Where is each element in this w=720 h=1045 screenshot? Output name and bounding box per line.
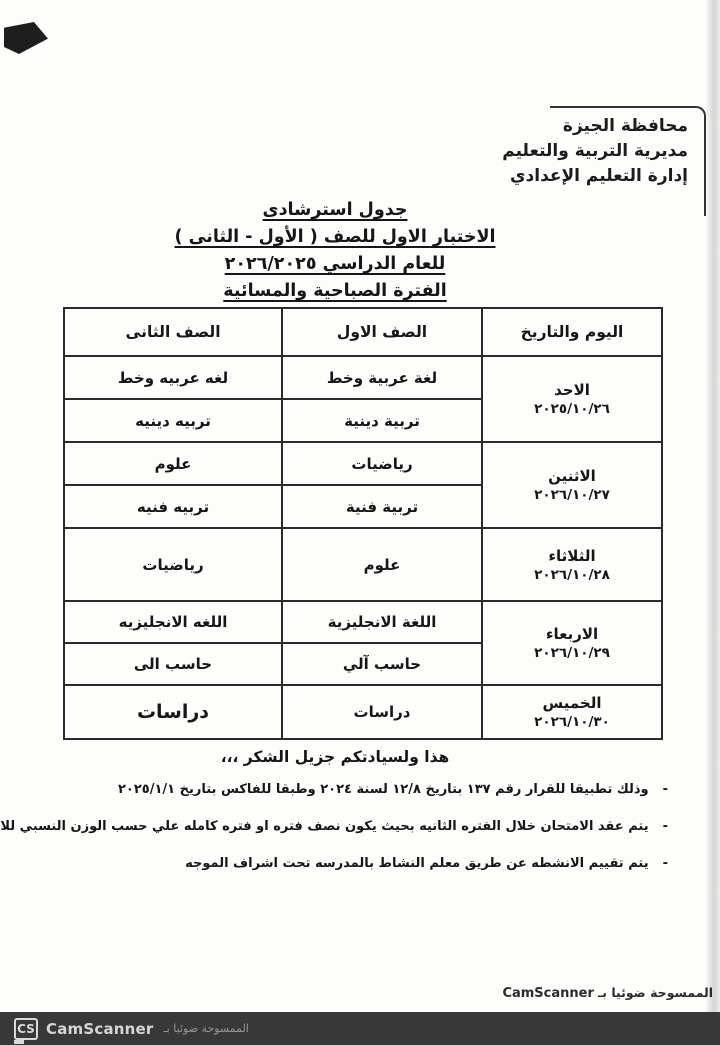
subject-cell: دراسات — [282, 685, 482, 739]
table-row: الخميس ٢٠٢٦/١٠/٣٠ دراسات دراسات — [64, 685, 662, 739]
table-row: الاحد ٢٠٢٥/١٠/٢٦ لغة عربية وخط لغه عربيه… — [64, 356, 662, 399]
camscanner-arabic-text: الممسوحة ضوئيا بـ — [164, 1022, 249, 1035]
table-row: الاربعاء ٢٠٢٦/١٠/٢٩ اللغة الانجليزية الل… — [64, 601, 662, 643]
document-title: جدول استرشادى الاختبار الاول للصف ( الأو… — [100, 197, 570, 305]
scan-ink-artifact — [4, 22, 48, 54]
subject-cell: حاسب الى — [64, 643, 282, 685]
note-decision: -وذلك تطبيقا للقرار رقم ١٣٧ بتاريخ ١٢/٨ … — [68, 780, 668, 799]
day-cell-thursday: الخميس ٢٠٢٦/١٠/٣٠ — [482, 685, 662, 739]
title-line-year: للعام الدراسي ٢٠٢٦/٢٠٢٥ — [100, 251, 570, 278]
page-edge-shadow — [705, 0, 720, 1012]
table-row: الاثنين ٢٠٢٦/١٠/٢٧ رياضيات علوم — [64, 442, 662, 485]
title-line-exam: الاختبار الاول للصف ( الأول - الثانى ) — [100, 224, 570, 251]
dash-bullet: - — [663, 854, 668, 873]
camscanner-footer-bar: CS CamScanner الممسوحة ضوئيا بـ — [0, 1012, 720, 1045]
subject-cell: حاسب آلي — [282, 643, 482, 685]
subject-cell: اللغه الانجليزيه — [64, 601, 282, 643]
note-activities: -يتم تقييم الانشطه عن طريق معلم النشاط ب… — [68, 854, 668, 873]
camscanner-logo-icon: CS — [14, 1018, 38, 1040]
subject-cell: تربية دينية — [282, 399, 482, 442]
organization-header: محافظة الجيزة مديرية التربية والتعليم إد… — [502, 114, 688, 189]
subject-cell: تربيه فنيه — [64, 485, 282, 528]
org-line-governorate: محافظة الجيزة — [502, 114, 688, 139]
org-line-directorate: مديرية التربية والتعليم — [502, 139, 688, 164]
note-exam-period: -يتم عقد الامتحان خلال الفتره الثانيه بح… — [68, 817, 668, 836]
camscanner-watermark-line: الممسوحة ضوئيا بـ CamScanner — [502, 985, 713, 1001]
subject-cell: تربيه دينيه — [64, 399, 282, 442]
day-cell-wednesday: الاربعاء ٢٠٢٦/١٠/٢٩ — [482, 601, 662, 685]
scanned-document-page: محافظة الجيزة مديرية التربية والتعليم إد… — [0, 0, 720, 1045]
column-header-grade1: الصف الاول — [282, 308, 482, 356]
table-header-row: اليوم والتاريخ الصف الاول الصف الثانى — [64, 308, 662, 356]
subject-cell: لغة عربية وخط — [282, 356, 482, 399]
thanks-line: هذا ولسيادتكم جزيل الشكر ،،، — [100, 748, 570, 766]
subject-cell: رياضيات — [64, 528, 282, 601]
subject-cell: لغه عربيه وخط — [64, 356, 282, 399]
column-header-grade2: الصف الثانى — [64, 308, 282, 356]
subject-cell: علوم — [64, 442, 282, 485]
day-cell-monday: الاثنين ٢٠٢٦/١٠/٢٧ — [482, 442, 662, 528]
subject-cell: تربية فنية — [282, 485, 482, 528]
subject-cell: علوم — [282, 528, 482, 601]
subject-cell: دراسات — [64, 685, 282, 739]
column-header-day-date: اليوم والتاريخ — [482, 308, 662, 356]
day-cell-sunday: الاحد ٢٠٢٥/١٠/٢٦ — [482, 356, 662, 442]
subject-cell: اللغة الانجليزية — [282, 601, 482, 643]
subject-cell: رياضيات — [282, 442, 482, 485]
dash-bullet: - — [663, 817, 668, 836]
camscanner-brand-text: CamScanner — [46, 1020, 154, 1038]
table-row: الثلاثاء ٢٠٢٦/١٠/٢٨ علوم رياضيات — [64, 528, 662, 601]
title-line-period: الفترة الصباحية والمسائية — [100, 278, 570, 305]
org-line-administration: إدارة التعليم الإعدادي — [502, 164, 688, 189]
exam-schedule-table: اليوم والتاريخ الصف الاول الصف الثانى ال… — [63, 307, 663, 740]
dash-bullet: - — [663, 780, 668, 799]
title-line-schedule: جدول استرشادى — [100, 197, 570, 224]
footnotes: -وذلك تطبيقا للقرار رقم ١٣٧ بتاريخ ١٢/٨ … — [68, 780, 668, 891]
day-cell-tuesday: الثلاثاء ٢٠٢٦/١٠/٢٨ — [482, 528, 662, 601]
